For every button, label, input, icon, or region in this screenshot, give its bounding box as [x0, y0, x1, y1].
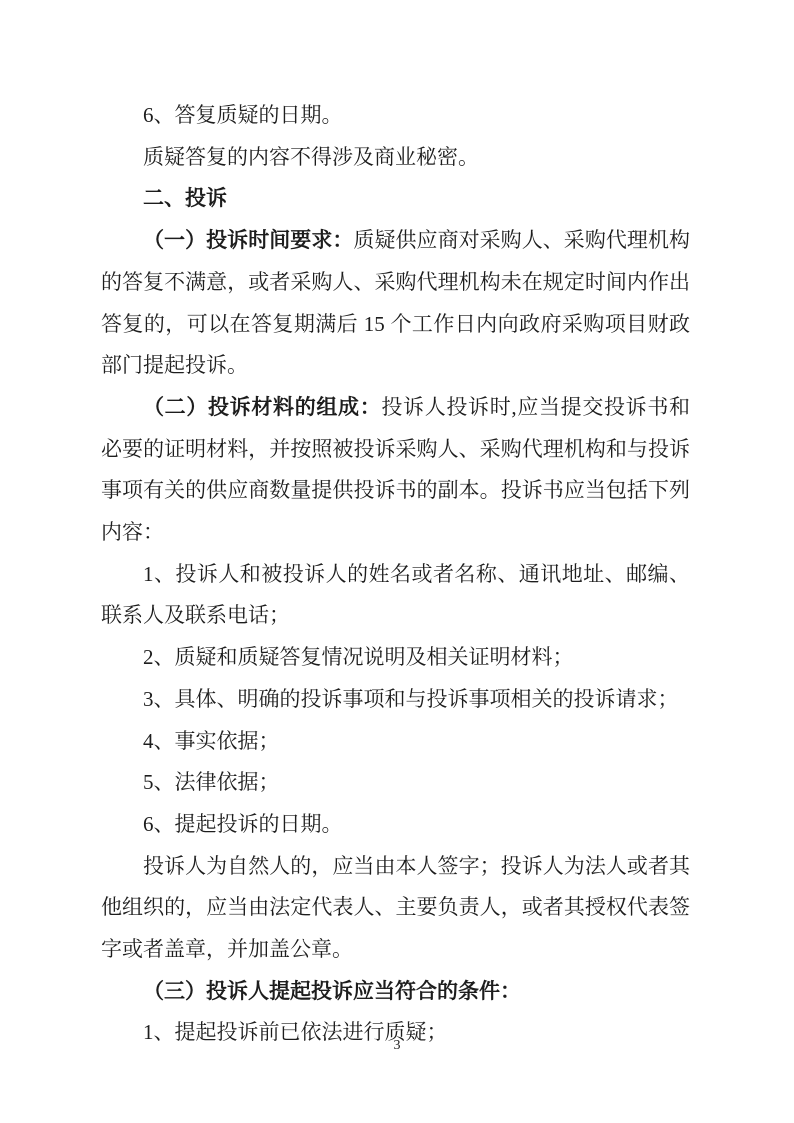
paragraph: 质疑答复的内容不得涉及商业秘密。	[101, 137, 690, 179]
paragraph: （二）投诉材料的组成：投诉人投诉时,应当提交投诉书和必要的证明材料，并按照被投诉…	[101, 387, 690, 554]
paragraph: （一）投诉时间要求：质疑供应商对采购人、采购代理机构的答复不满意，或者采购人、采…	[101, 220, 690, 387]
list-item: 4、事实依据；	[101, 721, 690, 763]
list-item: 5、法律依据；	[101, 762, 690, 804]
paragraph-lead: （一）投诉时间要求：	[143, 229, 353, 252]
paragraph: 投诉人为自然人的，应当由本人签字；投诉人为法人或者其他组织的，应当由法定代表人、…	[101, 846, 690, 971]
page-number: 3	[0, 1036, 794, 1056]
list-item: 1、投诉人和被投诉人的姓名或者名称、通讯地址、邮编、联系人及联系电话；	[101, 554, 690, 637]
list-item: 6、答复质疑的日期。	[101, 95, 690, 137]
document-page: 6、答复质疑的日期。 质疑答复的内容不得涉及商业秘密。 二、投诉 （一）投诉时间…	[0, 0, 794, 1123]
list-item: 3、具体、明确的投诉事项和与投诉事项相关的投诉请求；	[101, 679, 690, 721]
paragraph-lead: （二）投诉材料的组成：	[143, 396, 381, 419]
list-item: 6、提起投诉的日期。	[101, 804, 690, 846]
section-heading: 二、投诉	[101, 178, 690, 220]
document-body: 6、答复质疑的日期。 质疑答复的内容不得涉及商业秘密。 二、投诉 （一）投诉时间…	[101, 95, 690, 1054]
section-heading: （三）投诉人提起投诉应当符合的条件：	[101, 971, 690, 1013]
list-item: 2、质疑和质疑答复情况说明及相关证明材料；	[101, 637, 690, 679]
